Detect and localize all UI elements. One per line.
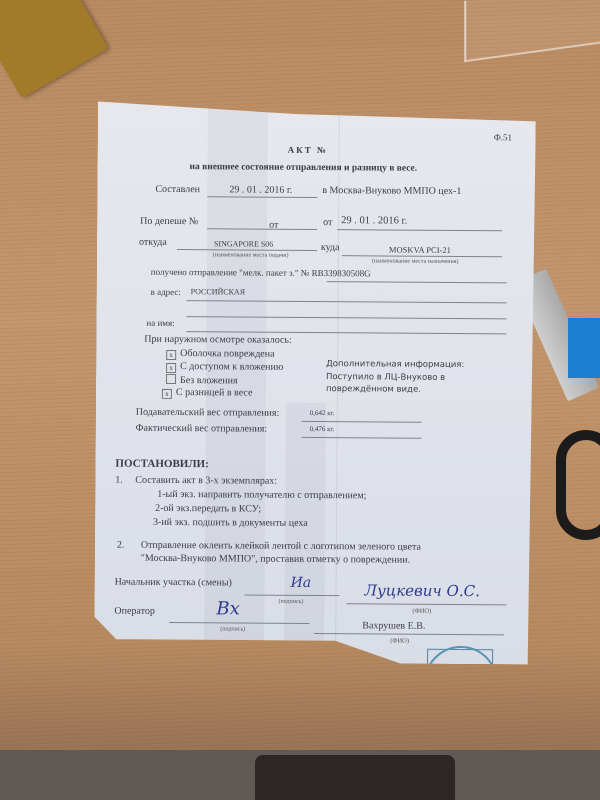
operator-name: Вахрушев Е.В. xyxy=(362,620,425,631)
actual-weight-value: 0,476 кг. xyxy=(310,425,335,433)
additional-info-line1: Поступило в ЛЦ-Внуково в xyxy=(326,372,445,383)
composed-place: в Москва-Внуково ММПО цех-1 xyxy=(322,185,461,197)
operator-label: Оператор xyxy=(114,606,155,617)
scissors-handle xyxy=(556,430,600,540)
dispatch-date-label: от xyxy=(323,217,332,228)
declared-weight-value: 0,642 кг. xyxy=(310,409,335,417)
item1-sub-1: 2-ой экз.передать в КСУ; xyxy=(155,503,261,515)
to-caption: (наименование места назначения) xyxy=(372,258,459,265)
blue-tape xyxy=(568,318,600,378)
operator-signature-caption: (подпись) xyxy=(220,626,245,632)
floor xyxy=(0,750,600,800)
checkbox-checked: x xyxy=(166,350,176,360)
actual-weight-label: Фактический вес отправления: xyxy=(136,423,267,435)
shoe xyxy=(255,755,455,800)
checkbox-checked: x xyxy=(166,363,176,373)
inspection-item-1: xС доступом к вложению xyxy=(166,361,283,374)
chief-fio-caption: (ФИО) xyxy=(412,608,431,615)
chief-label: Начальник участка (смены) xyxy=(115,577,232,589)
act-document: Ф.51 АКТ № на внешнее состояние отправле… xyxy=(94,101,536,664)
address-value: РОССИЙСКАЯ xyxy=(191,287,245,296)
dispatch-label: По депеше № xyxy=(140,216,198,227)
additional-info-heading: Дополнительная информация: xyxy=(326,359,464,370)
item1-number: 1. xyxy=(115,475,123,486)
from-value: SINGAPORE S06 xyxy=(214,239,273,248)
from-label: откуда xyxy=(139,237,167,248)
address-label: в адрес: xyxy=(151,287,181,297)
composed-date: 29 . 01 . 2016 г. xyxy=(229,184,292,195)
resolved-heading: ПОСТАНОВИЛИ: xyxy=(115,458,208,471)
act-subtitle: на внешнее состояние отправления и разни… xyxy=(189,162,417,174)
item1-sub-0: 1-ый экз. направить получателю с отправл… xyxy=(157,489,366,501)
operator-signature: Вх xyxy=(216,598,240,619)
operator-fio-caption: (ФИО) xyxy=(390,638,409,645)
dispatch-from-label: от xyxy=(269,220,278,231)
inspection-heading: При наружном осмотре оказалось: xyxy=(144,334,292,346)
inspection-item-0: xОболочка повреждена xyxy=(166,348,274,361)
from-caption: (наименование места подачи) xyxy=(213,252,289,259)
composed-label: Составлен xyxy=(155,184,200,195)
name-label: на имя: xyxy=(146,318,174,328)
form-number: Ф.51 xyxy=(494,132,512,142)
item2-line2: "Москва-Внуково ММПО", проставив отметку… xyxy=(141,553,410,566)
chief-signature-caption: (подпись) xyxy=(278,599,303,605)
received-text: получено отправление "мелк. пакет з." № … xyxy=(151,267,371,279)
act-title: АКТ № xyxy=(288,145,328,155)
additional-info-line2: повреждённом виде. xyxy=(326,384,421,395)
item1-sub-2: 3-ий экз. подшить в документы цеха xyxy=(153,517,308,529)
chief-fio-handwritten: Луцкевич О.С. xyxy=(364,581,479,600)
item2-number: 2. xyxy=(117,540,125,551)
checkbox-checked: x xyxy=(162,389,172,399)
chief-signature: Иа xyxy=(291,575,312,591)
dispatch-date: 29 . 01 . 2016 г. xyxy=(341,215,407,226)
declared-weight-label: Подавательский вес отправления: xyxy=(136,407,280,419)
item2-line1: Отправление оклеить клейкой лентой с лог… xyxy=(141,540,421,553)
item1-text: Составить акт в 3-х экземплярах: xyxy=(135,475,277,487)
inspection-item-3: xС разницей в весе xyxy=(162,387,253,400)
inspection-item-2: Без вложения xyxy=(166,374,238,386)
to-value: MOSKVA PCI-21 xyxy=(389,245,451,255)
toner-smudge xyxy=(284,403,326,663)
checkbox-unchecked xyxy=(166,374,176,384)
to-label: куда xyxy=(321,242,340,253)
